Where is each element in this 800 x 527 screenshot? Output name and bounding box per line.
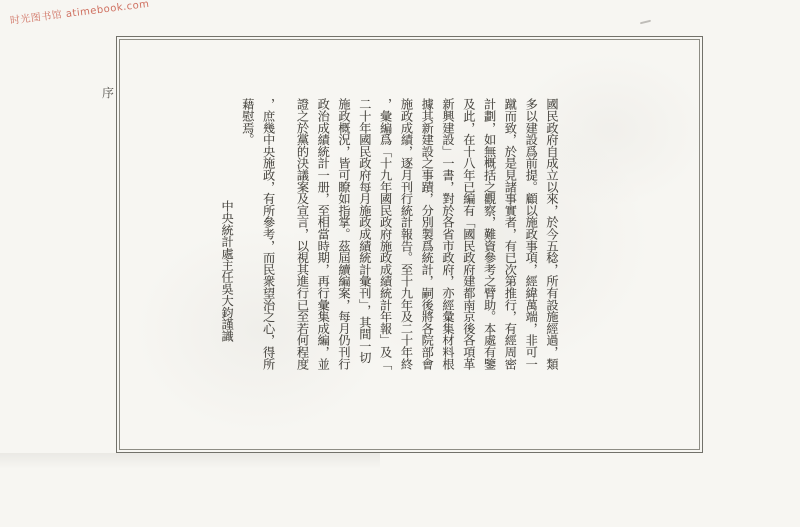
text-column: 藉慰焉。 xyxy=(237,98,258,380)
text-column: 政治成績統計一册，至相當時期，再行彙集成編，並 xyxy=(312,98,333,380)
text-column: 計劃，如無概括之觀察，難資參考之臂助。本處有鑒 xyxy=(479,98,500,380)
text-column: 多以建設爲前提。顧以施政事項，經緯萬端，非可一 xyxy=(520,98,541,380)
text-column: 據其新建設之事蹟，分別製爲統計，嗣後將各院部會 xyxy=(416,98,437,380)
scanned-page: 时光图书馆 atimebook.com 序 國民政府自成立以來，於今五稔，所有設… xyxy=(0,0,800,527)
chapter-margin-label: 序 xyxy=(102,84,114,101)
text-column: 蹴而致，於是見諸事實者，有已次第推行，有經周密 xyxy=(500,98,521,380)
scan-shadow xyxy=(0,453,380,469)
text-column: 二十年國民政府每月施政成績統計彙刊」，其間一切 xyxy=(354,98,375,380)
text-column: 及此，在十八年已編有「國民政府建都南京後各項革 xyxy=(458,98,479,380)
text-column: 證之於黨的決議案及宣言，以視其進行已至若何程度 xyxy=(292,98,313,380)
text-column: ，彙編爲「十九年國民政府施政成績統計年報」及「 xyxy=(375,98,396,380)
text-column: ，庶幾中央施政，有所參考，而民衆望治之心，得所 xyxy=(258,98,279,380)
library-watermark: 时光图书馆 atimebook.com xyxy=(9,0,150,27)
text-column: 施政概況，皆可瞭如指掌。茲屆續編案，每月仍刊行 xyxy=(333,98,354,380)
signature-column: 中央統計處主任吳大鈞謹識 xyxy=(216,98,237,380)
text-column: 新興建設」一書，對於各省市政府，亦經彙集材料根 xyxy=(437,98,458,380)
scan-artifact xyxy=(640,20,651,25)
text-column: 國民政府自成立以來，於今五稔，所有設施經過，類 xyxy=(541,98,562,380)
text-column: 施政成績，逐月刊行統計報告。至十九年及二十年終 xyxy=(396,98,417,380)
preface-text-block: 國民政府自成立以來，於今五稔，所有設施經過，類 多以建設爲前提。顧以施政事項，經… xyxy=(216,98,562,380)
